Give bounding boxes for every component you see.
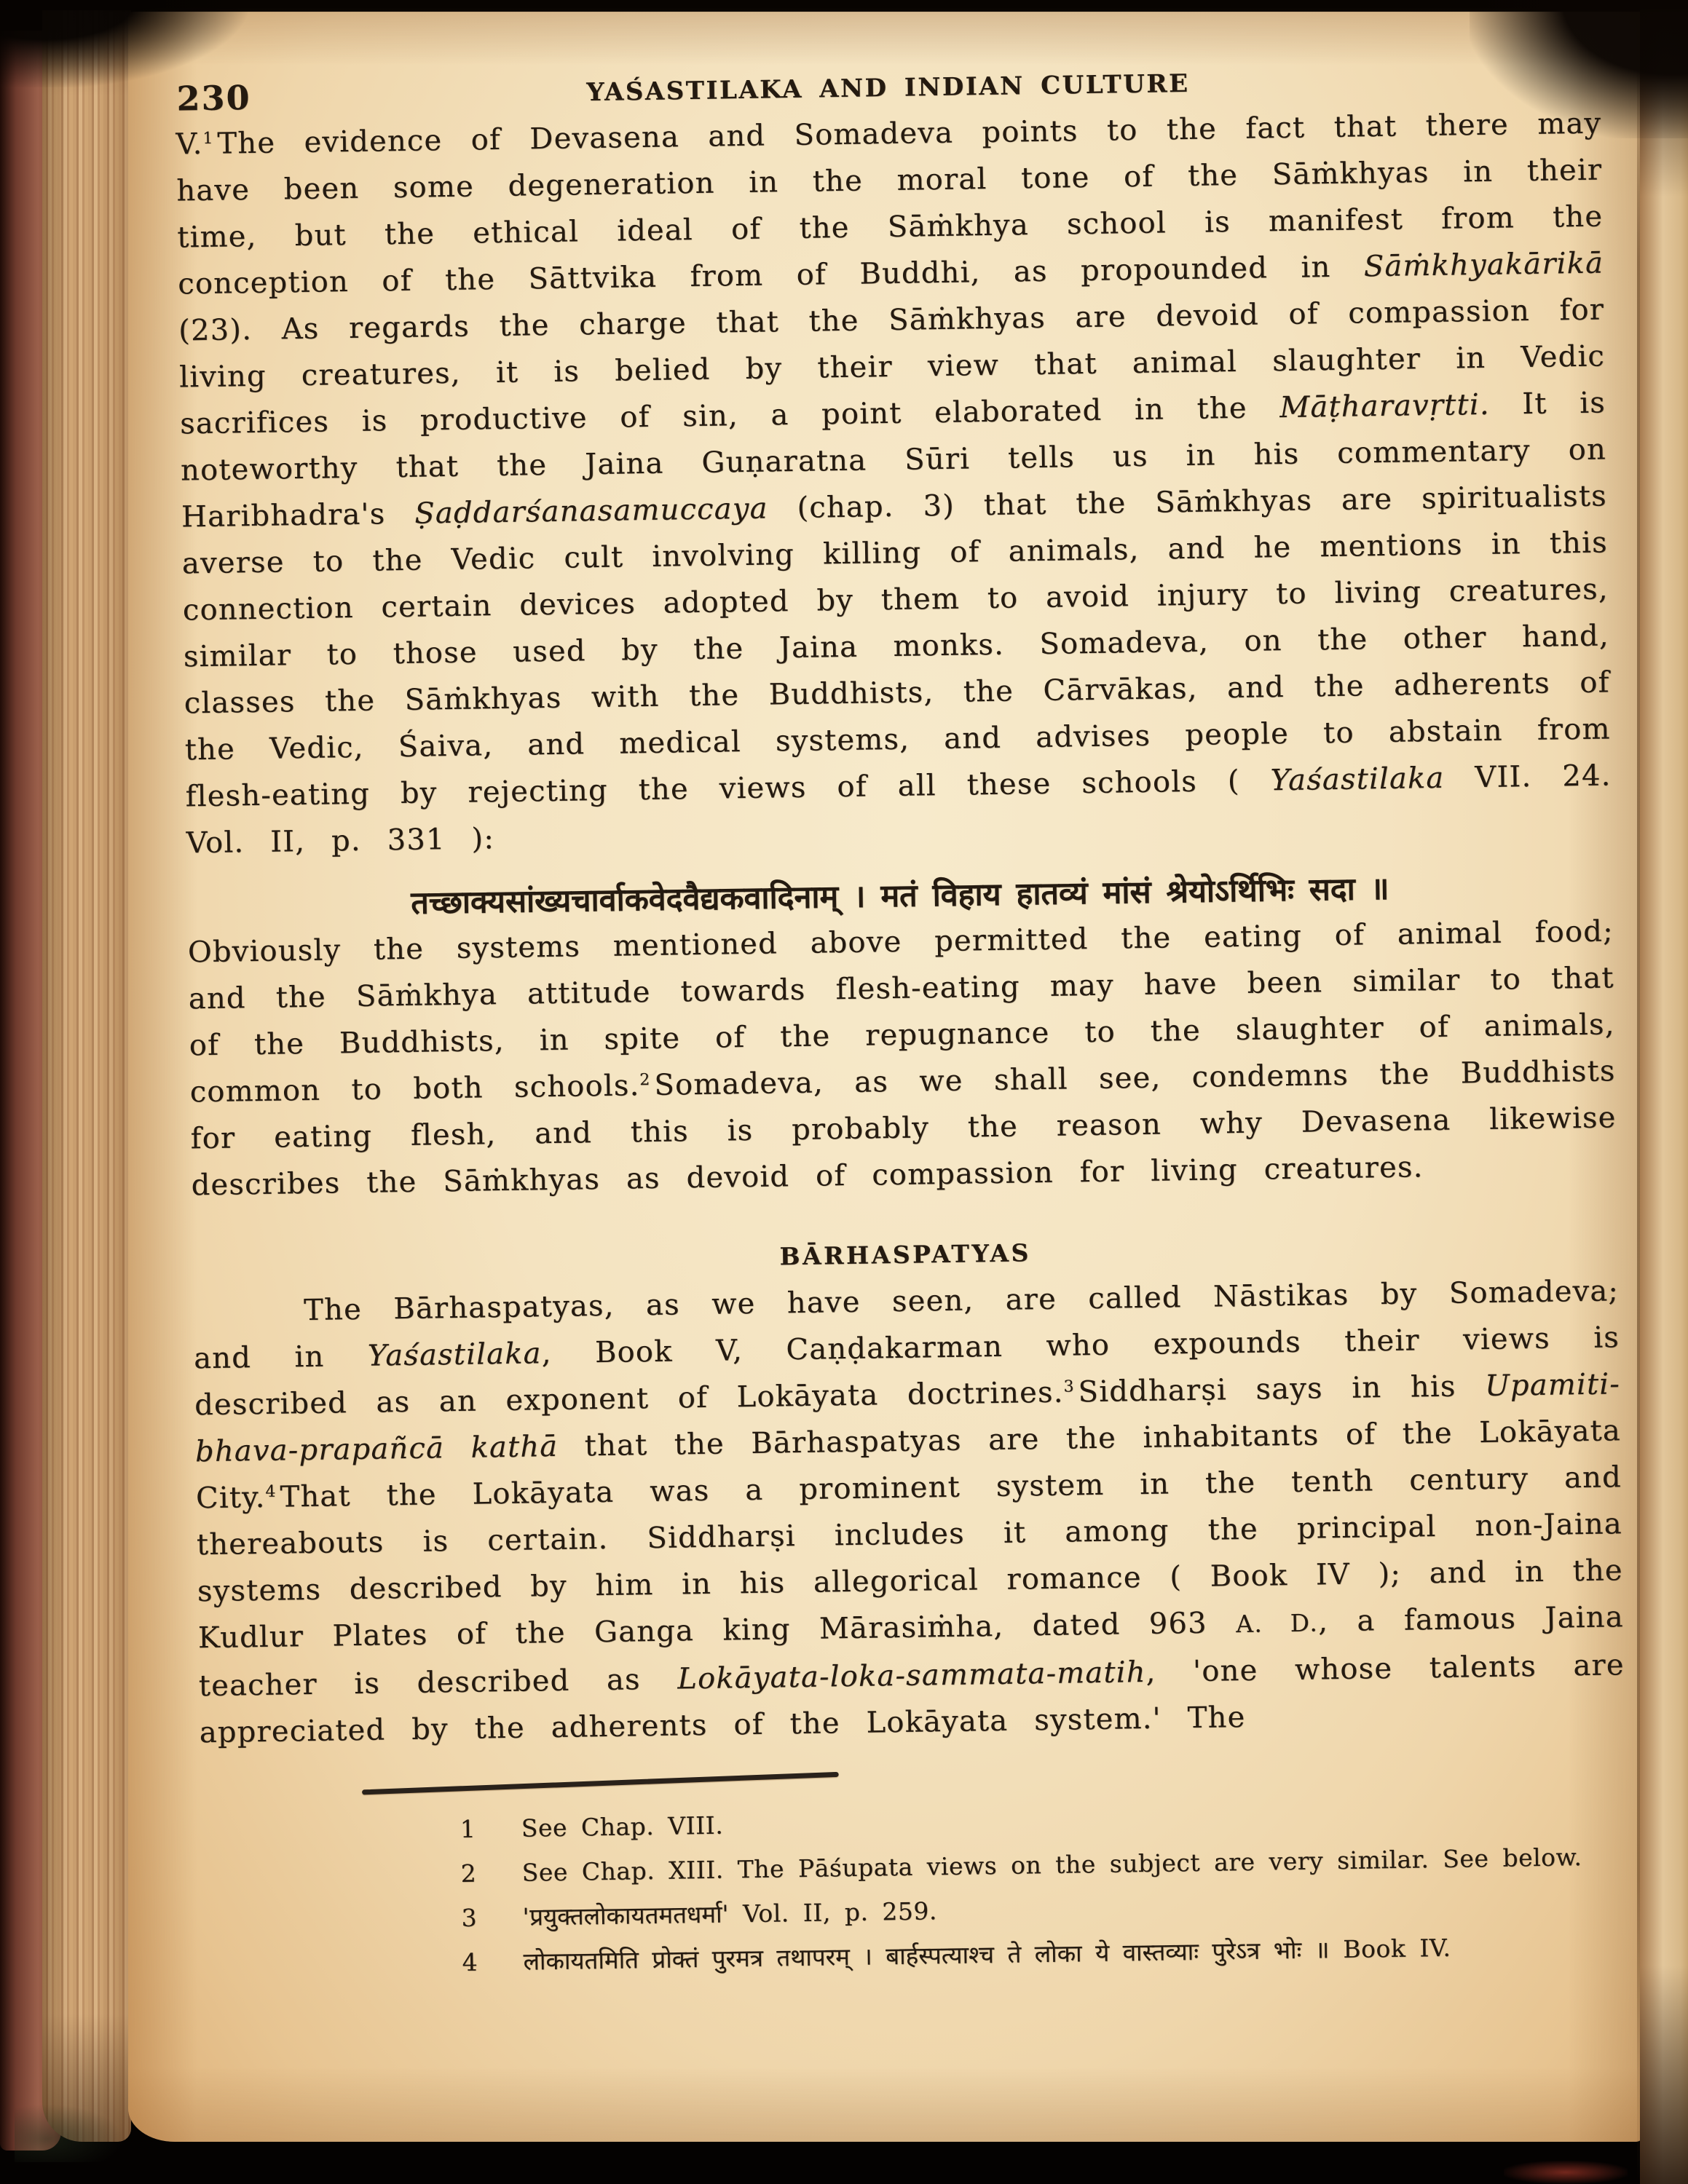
footnote-text: See Chap. VIII. <box>521 1811 724 1843</box>
facing-page-sliver <box>1640 0 1688 2184</box>
bottom-left-shadow <box>15 2104 124 2162</box>
footnote-block: 1See Chap. VIII. 2See Chap. XIII. The Pā… <box>200 1765 1629 1988</box>
footnote-number: 3 <box>461 1895 523 1940</box>
footnote-number: 2 <box>460 1851 522 1896</box>
body-text: V.1The evidence of Devasena and Somadeva… <box>175 100 1625 1756</box>
bottom-right-cover-patch <box>1504 2161 1628 2184</box>
footnote-text: लोकायतमिति प्रोक्तं पुरमत्र तथापरम् । बा… <box>523 1934 1451 1976</box>
footnote-number: 1 <box>460 1806 521 1851</box>
footnote-text: 'प्रयुक्तलोकायतमतधर्मा' Vol. II, p. 259. <box>522 1896 937 1931</box>
footnote-text: See Chap. XIII. The Pāśupata views on th… <box>521 1843 1582 1887</box>
footnote-number: 4 <box>462 1939 524 1985</box>
top-shadow <box>109 0 1688 12</box>
footnote-rule <box>362 1772 839 1795</box>
paragraph: V.1The evidence of Devasena and Somadeva… <box>175 100 1612 866</box>
paragraph: The Bārhaspatyas, as we have seen, are c… <box>193 1267 1625 1756</box>
paragraph: Obviously the systems mentioned above pe… <box>187 908 1617 1208</box>
page-stack-fore-edge <box>42 10 131 2142</box>
book-page: 230 YAŚASTILAKA AND INDIAN CULTURE V.1Th… <box>128 12 1644 2142</box>
book-photo: 230 YAŚASTILAKA AND INDIAN CULTURE V.1Th… <box>0 0 1688 2184</box>
top-right-shadow <box>1470 0 1688 138</box>
top-left-shadow <box>0 0 248 87</box>
page-content: 230 YAŚASTILAKA AND INDIAN CULTURE V.1Th… <box>175 58 1629 1988</box>
footnote-list: 1See Chap. VIII. 2See Chap. XIII. The Pā… <box>200 1789 1628 1988</box>
